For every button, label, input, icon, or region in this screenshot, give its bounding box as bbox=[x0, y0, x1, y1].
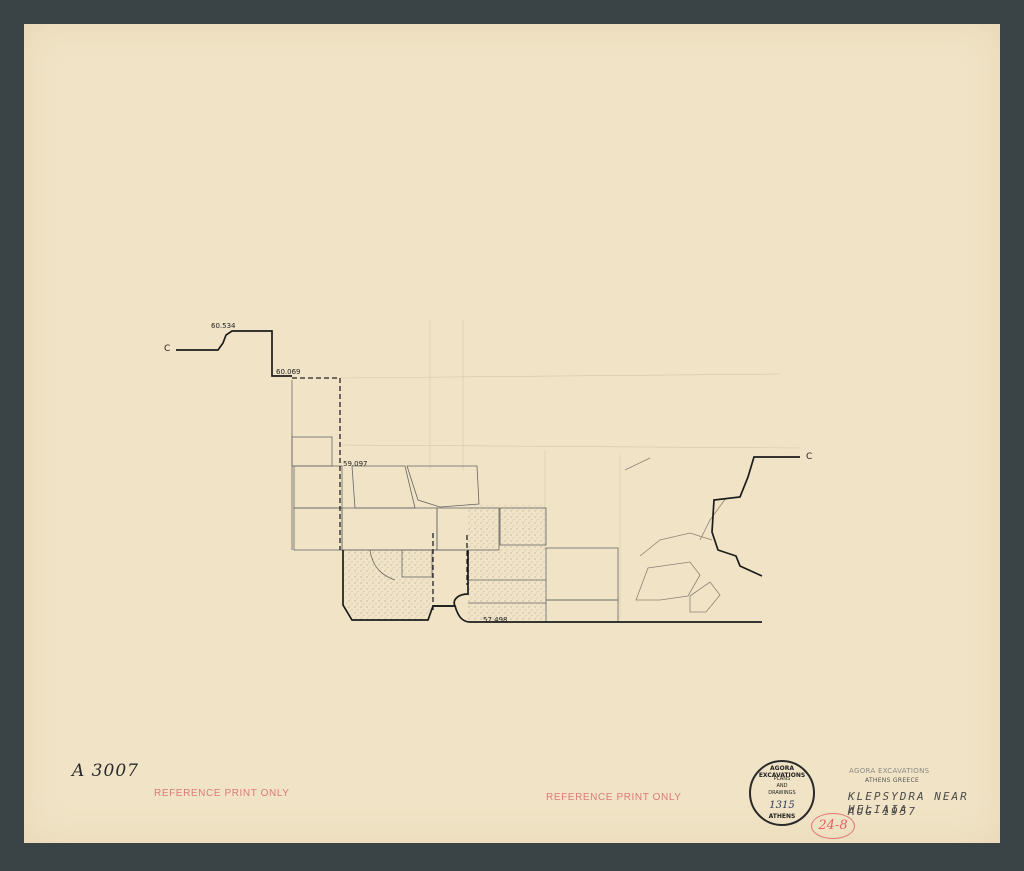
location-label: ATHENS GREECE bbox=[865, 777, 919, 784]
elevation-label-top: 60.534 bbox=[211, 322, 236, 330]
institution-label: AGORA EXCAVATIONS bbox=[849, 767, 929, 775]
reference-stamp-left: REFERENCE PRINT ONLY bbox=[154, 788, 290, 799]
stamp-ring-bottom: ATHENS bbox=[751, 813, 813, 820]
section-marker-right: C bbox=[806, 452, 812, 462]
stamp-line-drawings: DRAWINGS bbox=[751, 790, 813, 796]
elevation-label-mid: 59.097 bbox=[343, 460, 368, 468]
catalog-number: A 3007 bbox=[72, 761, 139, 781]
elevation-label-step: 60.069 bbox=[276, 368, 301, 376]
drawing-date: AUG 1957 bbox=[848, 805, 917, 818]
section-drawing bbox=[0, 0, 1024, 871]
elevation-label-bottom: 57.498 bbox=[483, 616, 508, 624]
stamp-line-and: AND bbox=[751, 783, 813, 789]
agora-plans-stamp: AGORA EXCAVATIONS PLANS AND DRAWINGS 131… bbox=[749, 760, 815, 826]
sheet-number-circle: 24-8 bbox=[811, 813, 855, 839]
section-marker-left: C bbox=[164, 344, 170, 354]
stamp-line-plans: PLANS bbox=[751, 776, 813, 782]
stamp-number: 1315 bbox=[751, 800, 813, 811]
reference-stamp-center: REFERENCE PRINT ONLY bbox=[546, 792, 682, 803]
